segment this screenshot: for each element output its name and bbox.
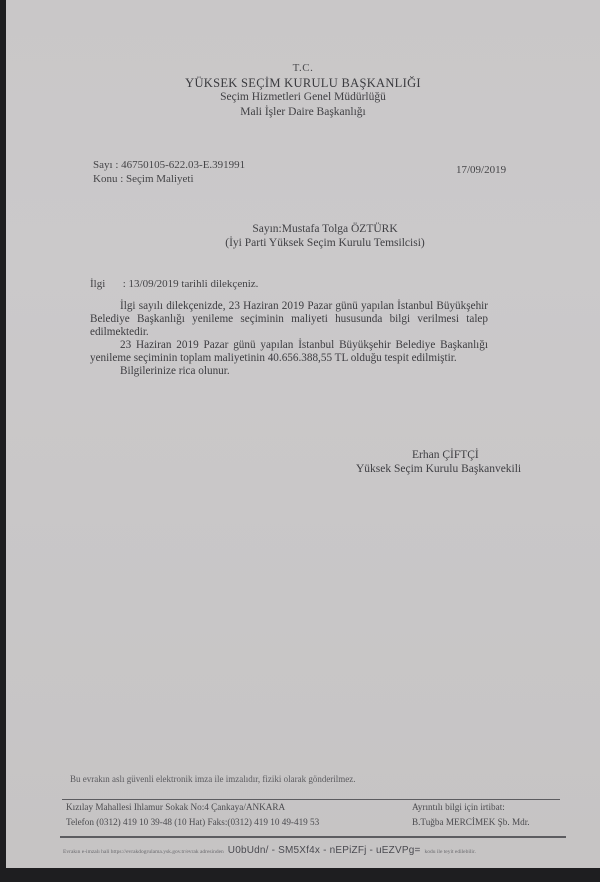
number-label: Sayı	[93, 159, 113, 171]
footer-contact-label: Ayrıntılı bilgi için irtibat:	[412, 802, 505, 812]
reference-row: İlgi : 13/09/2019 tarihli dilekçeniz.	[90, 278, 258, 290]
body-paragraph-1: İlgi sayılı dilekçenizde, 23 Haziran 201…	[90, 300, 488, 338]
reference-value: : 13/09/2019 tarihli dilekçeniz.	[123, 278, 259, 290]
footer-bottom-rule	[60, 836, 566, 838]
e-signature-notice: Bu evrakın aslı güvenli elektronik imza …	[70, 774, 356, 784]
document-date: 17/09/2019	[456, 164, 506, 176]
header-sub-department: Mali İşler Daire Başkanlığı	[6, 106, 600, 118]
footer-top-rule	[62, 799, 560, 800]
signatory-title: Yüksek Seçim Kurulu Başkanvekili	[356, 463, 521, 475]
verification-code: U0bUdn/ - SM5Xf4x - nEPiZFj - uEZVPg=	[228, 845, 421, 856]
verification-prefix: Evrakın e-imzalı hali https://evrakdogru…	[63, 849, 224, 855]
number-row: Sayı : 46750105-622.03-E.391991	[93, 159, 245, 171]
header-country: T.C.	[6, 62, 600, 74]
header-department: Seçim Hizmetleri Genel Müdürlüğü	[6, 91, 600, 103]
addressee-name: Sayın:Mustafa Tolga ÖZTÜRK	[6, 223, 600, 235]
signatory-name: Erhan ÇİFTÇİ	[412, 449, 479, 461]
number-value: : 46750105-622.03-E.391991	[115, 159, 245, 171]
body-paragraph-2: 23 Haziran 2019 Pazar günü yapılan İstan…	[90, 339, 488, 365]
reference-label: İlgi	[90, 278, 120, 290]
header-organization: YÜKSEK SEÇİM KURULU BAŞKANLIĞI	[6, 76, 600, 91]
addressee-title: (İyi Parti Yüksek Seçim Kurulu Temsilcis…	[6, 237, 600, 249]
footer-address: Kızılay Mahallesi Ihlamur Sokak No:4 Çan…	[66, 802, 285, 812]
subject-row: Konu : Seçim Maliyeti	[93, 173, 194, 185]
letter-page: T.C. YÜKSEK SEÇİM KURULU BAŞKANLIĞI Seçi…	[6, 0, 600, 868]
body-paragraph-3: Bilgilerinize rica olunur.	[90, 365, 488, 378]
verification-line: Evrakın e-imzalı hali https://evrakdogru…	[63, 840, 476, 858]
subject-label: Konu	[93, 173, 117, 185]
verification-suffix: kodu ile teyit edilebilir.	[425, 849, 476, 855]
background-edge	[0, 868, 600, 882]
footer-phone: Telefon (0312) 419 10 39-48 (10 Hat) Fak…	[66, 817, 319, 827]
subject-value: : Seçim Maliyeti	[120, 173, 193, 185]
footer-contact-name: B.Tuğba MERCİMEK Şb. Mdr.	[412, 817, 530, 827]
